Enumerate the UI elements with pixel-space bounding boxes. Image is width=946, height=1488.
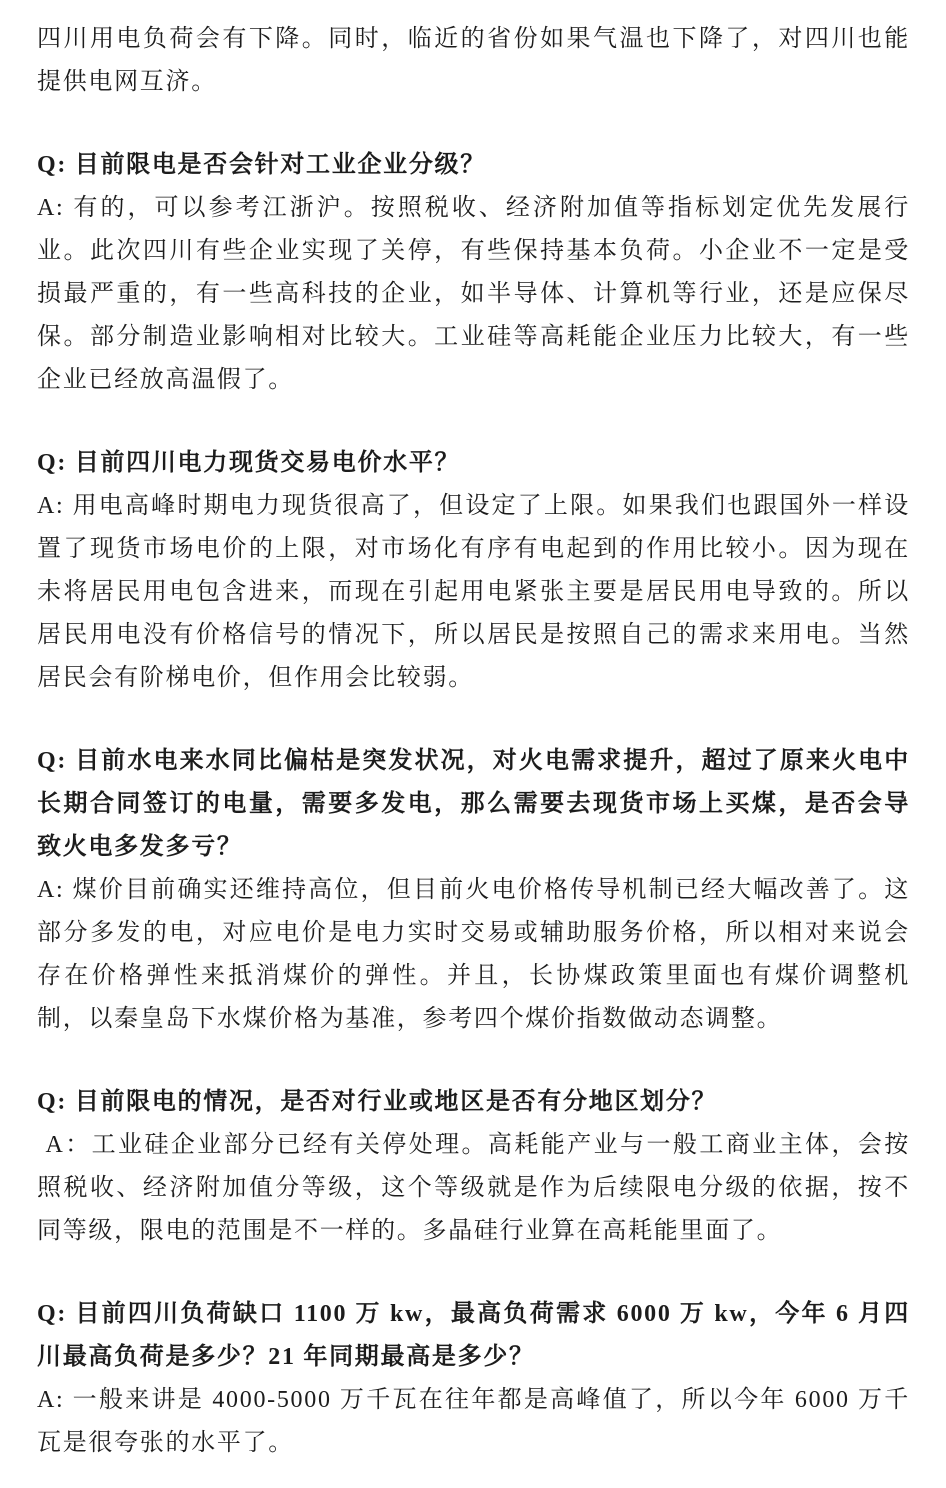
answer-text: A：工业硅企业部分已经有关停处理。高耗能产业与一般工商业主体，会按照税收、经济附… bbox=[37, 1124, 910, 1253]
question-text: Q: 目前限电的情况，是否对行业或地区是否有分地区划分？ bbox=[37, 1081, 910, 1124]
question-text: Q: 目前四川电力现货交易电价水平？ bbox=[37, 442, 910, 485]
qa-block-1: Q: 目前限电是否会针对工业企业分级？ A: 有的，可以参考江浙沪。按照税收、经… bbox=[37, 144, 910, 402]
document-page: 四川用电负荷会有下降。同时，临近的省份如果气温也下降了，对四川也能提供电网互济。… bbox=[0, 0, 946, 1488]
answer-text: A: 用电高峰时期电力现货很高了，但设定了上限。如果我们也跟国外一样设置了现货市… bbox=[37, 485, 910, 700]
answer-text: A: 有的，可以参考江浙沪。按照税收、经济附加值等指标划定优先发展行业。此次四川… bbox=[37, 187, 910, 402]
intro-paragraph: 四川用电负荷会有下降。同时，临近的省份如果气温也下降了，对四川也能提供电网互济。 bbox=[37, 18, 910, 104]
qa-block-4: Q: 目前限电的情况，是否对行业或地区是否有分地区划分？ A：工业硅企业部分已经… bbox=[37, 1081, 910, 1253]
answer-text: A: 煤价目前确实还维持高位，但目前火电价格传导机制已经大幅改善了。这部分多发的… bbox=[37, 869, 910, 1041]
qa-block-3: Q: 目前水电来水同比偏枯是突发状况，对火电需求提升，超过了原来火电中长期合同签… bbox=[37, 740, 910, 1041]
qa-block-5: Q: 目前四川负荷缺口 1100 万 kw，最高负荷需求 6000 万 kw，今… bbox=[37, 1293, 910, 1465]
question-text: Q: 目前四川负荷缺口 1100 万 kw，最高负荷需求 6000 万 kw，今… bbox=[37, 1293, 910, 1379]
question-text: Q: 目前限电是否会针对工业企业分级？ bbox=[37, 144, 910, 187]
qa-block-2: Q: 目前四川电力现货交易电价水平？ A: 用电高峰时期电力现货很高了，但设定了… bbox=[37, 442, 910, 700]
question-text: Q: 目前水电来水同比偏枯是突发状况，对火电需求提升，超过了原来火电中长期合同签… bbox=[37, 740, 910, 869]
answer-text: A: 一般来讲是 4000-5000 万千瓦在往年都是高峰值了，所以今年 600… bbox=[37, 1379, 910, 1465]
